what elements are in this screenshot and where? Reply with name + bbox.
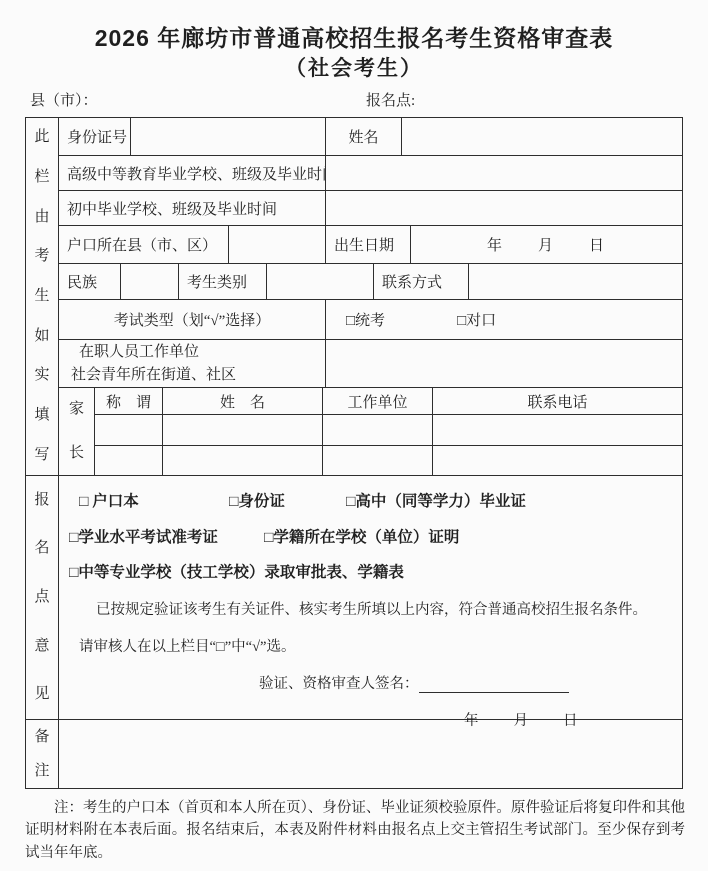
parent1-work-unit-cell bbox=[323, 415, 433, 445]
checkbox-high-school-diploma: □高中（同等学力）毕业证 bbox=[346, 489, 526, 511]
junior-school-label: 初中毕业学校、班级及毕业时间 bbox=[59, 191, 326, 225]
form-table: 此栏由考生如实填写 身份证号 姓名 高级中等教育毕业学校、班级及毕业时间 初中毕… bbox=[25, 117, 683, 789]
parents-side-label: 家长 bbox=[59, 388, 95, 475]
parent2-title-cell bbox=[95, 446, 163, 476]
junior-school-row: 初中毕业学校、班级及毕业时间 bbox=[59, 191, 682, 226]
checkbox-academic-exam-ticket: □学业水平考试准考证 bbox=[69, 525, 264, 547]
checkbox-household-register: □ 户口本 bbox=[79, 489, 229, 511]
parent-title-header: 称 谓 bbox=[95, 388, 163, 414]
document-check-line-2: □学业水平考试准考证 □学籍所在学校（单位）证明 bbox=[59, 525, 682, 547]
candidate-type-value-cell bbox=[267, 264, 374, 299]
parent-row-2 bbox=[95, 446, 682, 476]
parent-work-unit-header: 工作单位 bbox=[323, 388, 433, 414]
work-unit-value-cell bbox=[326, 340, 682, 387]
signature-line: 验证、资格审查人签名： bbox=[59, 672, 682, 693]
exam-type-label: 考试类型（划“√”选择） bbox=[59, 300, 326, 339]
residence-label: 户口所在县（市、区） bbox=[59, 226, 229, 263]
candidate-section: 此栏由考生如实填写 身份证号 姓名 高级中等教育毕业学校、班级及毕业时间 初中毕… bbox=[26, 118, 682, 476]
senior-school-value-cell bbox=[326, 156, 682, 190]
id-name-row: 身份证号 姓名 bbox=[59, 118, 682, 156]
senior-school-row: 高级中等教育毕业学校、班级及毕业时间 bbox=[59, 156, 682, 191]
senior-school-label: 高级中等教育毕业学校、班级及毕业时间 bbox=[59, 156, 326, 190]
ethnicity-label: 民族 bbox=[59, 264, 121, 299]
parents-block: 家长 称 谓 姓 名 工作单位 联系电话 bbox=[59, 388, 682, 475]
parent-phone-header: 联系电话 bbox=[433, 388, 682, 414]
birth-date-value-cell: 年 月 日 bbox=[411, 226, 682, 263]
signature-label: 验证、资格审查人签名： bbox=[259, 676, 419, 692]
name-value-cell bbox=[402, 118, 682, 155]
residence-birth-row: 户口所在县（市、区） 出生日期 年 月 日 bbox=[59, 226, 682, 264]
candidate-type-label: 考生类别 bbox=[179, 264, 267, 299]
birth-date-label: 出生日期 bbox=[326, 226, 411, 263]
work-unit-label-line1: 在职人员工作单位 bbox=[67, 341, 199, 364]
parent-row-1 bbox=[95, 415, 682, 446]
parent2-name-cell bbox=[163, 446, 323, 476]
exam-type-row: 考试类型（划“√”选择） □统考 □对口 bbox=[59, 300, 682, 340]
remarks-value-cell bbox=[59, 720, 682, 788]
reviewer-instruction: 请审核人在以上栏目“□”中“√”选。 bbox=[59, 635, 682, 656]
parent1-name-cell bbox=[163, 415, 323, 445]
parent1-phone-cell bbox=[433, 415, 682, 445]
remarks-section: 备注 bbox=[26, 720, 682, 788]
exam-type-options-cell: □统考 □对口 bbox=[326, 300, 682, 339]
work-unit-label-line2: 社会青年所在街道、社区 bbox=[67, 364, 236, 387]
checkbox-option-unified-exam: □统考 bbox=[346, 309, 385, 330]
junior-school-value-cell bbox=[326, 191, 682, 225]
checkbox-id-card: □身份证 bbox=[229, 489, 346, 511]
checkbox-option-vocational-exam: □对口 bbox=[457, 309, 496, 330]
contact-label: 联系方式 bbox=[374, 264, 469, 299]
page-title: 2026 年廊坊市普通高校招生报名考生资格审查表 bbox=[0, 20, 708, 53]
id-number-value-cell bbox=[131, 118, 326, 155]
checkbox-school-certificate: □学籍所在学校（单位）证明 bbox=[264, 525, 459, 547]
work-unit-row: 在职人员工作单位 社会青年所在街道、社区 bbox=[59, 340, 682, 388]
checkbox-secondary-school-forms: □中等专业学校（技工学校）录取审批表、学籍表 bbox=[69, 560, 404, 582]
page-subtitle: （社会考生） bbox=[0, 52, 708, 82]
remarks-side-label: 备注 bbox=[26, 720, 59, 788]
ethnicity-type-contact-row: 民族 考生类别 联系方式 bbox=[59, 264, 682, 300]
form-page: 2026 年廊坊市普通高校招生报名考生资格审查表 （社会考生） 县（市）： 报名… bbox=[0, 0, 708, 871]
signature-blank-line bbox=[419, 677, 569, 693]
candidate-section-side-label: 此栏由考生如实填写 bbox=[26, 118, 59, 475]
registration-site-label: 报名点: bbox=[366, 89, 415, 110]
review-section-side-label: 报名点意见 bbox=[26, 476, 59, 719]
work-unit-label: 在职人员工作单位 社会青年所在街道、社区 bbox=[59, 340, 326, 387]
id-number-label: 身份证号 bbox=[59, 118, 131, 155]
contact-value-cell bbox=[469, 264, 682, 299]
parent1-title-cell bbox=[95, 415, 163, 445]
parents-header-row: 称 谓 姓 名 工作单位 联系电话 bbox=[95, 388, 682, 415]
name-label: 姓名 bbox=[326, 118, 402, 155]
ethnicity-value-cell bbox=[121, 264, 179, 299]
residence-value-cell bbox=[229, 226, 326, 263]
review-section: 报名点意见 □ 户口本 □身份证 □高中（同等学力）毕业证 □学业水平考试准考证… bbox=[26, 476, 682, 720]
parent2-work-unit-cell bbox=[323, 446, 433, 476]
county-label: 县（市）： bbox=[30, 89, 98, 110]
parent-name-header: 姓 名 bbox=[163, 388, 323, 414]
parent2-phone-cell bbox=[433, 446, 682, 476]
document-check-line-3: □中等专业学校（技工学校）录取审批表、学籍表 bbox=[59, 560, 682, 582]
document-check-line-1: □ 户口本 □身份证 □高中（同等学力）毕业证 bbox=[59, 489, 682, 511]
footer-note: 注：考生的户口本（首页和本人所在页）、身份证、毕业证须校验原件。原件验证后将复印… bbox=[25, 797, 685, 864]
verification-statement: 已按规定验证该考生有关证件、核实考生所填以上内容，符合普通高校招生报名条件。 bbox=[59, 598, 682, 619]
